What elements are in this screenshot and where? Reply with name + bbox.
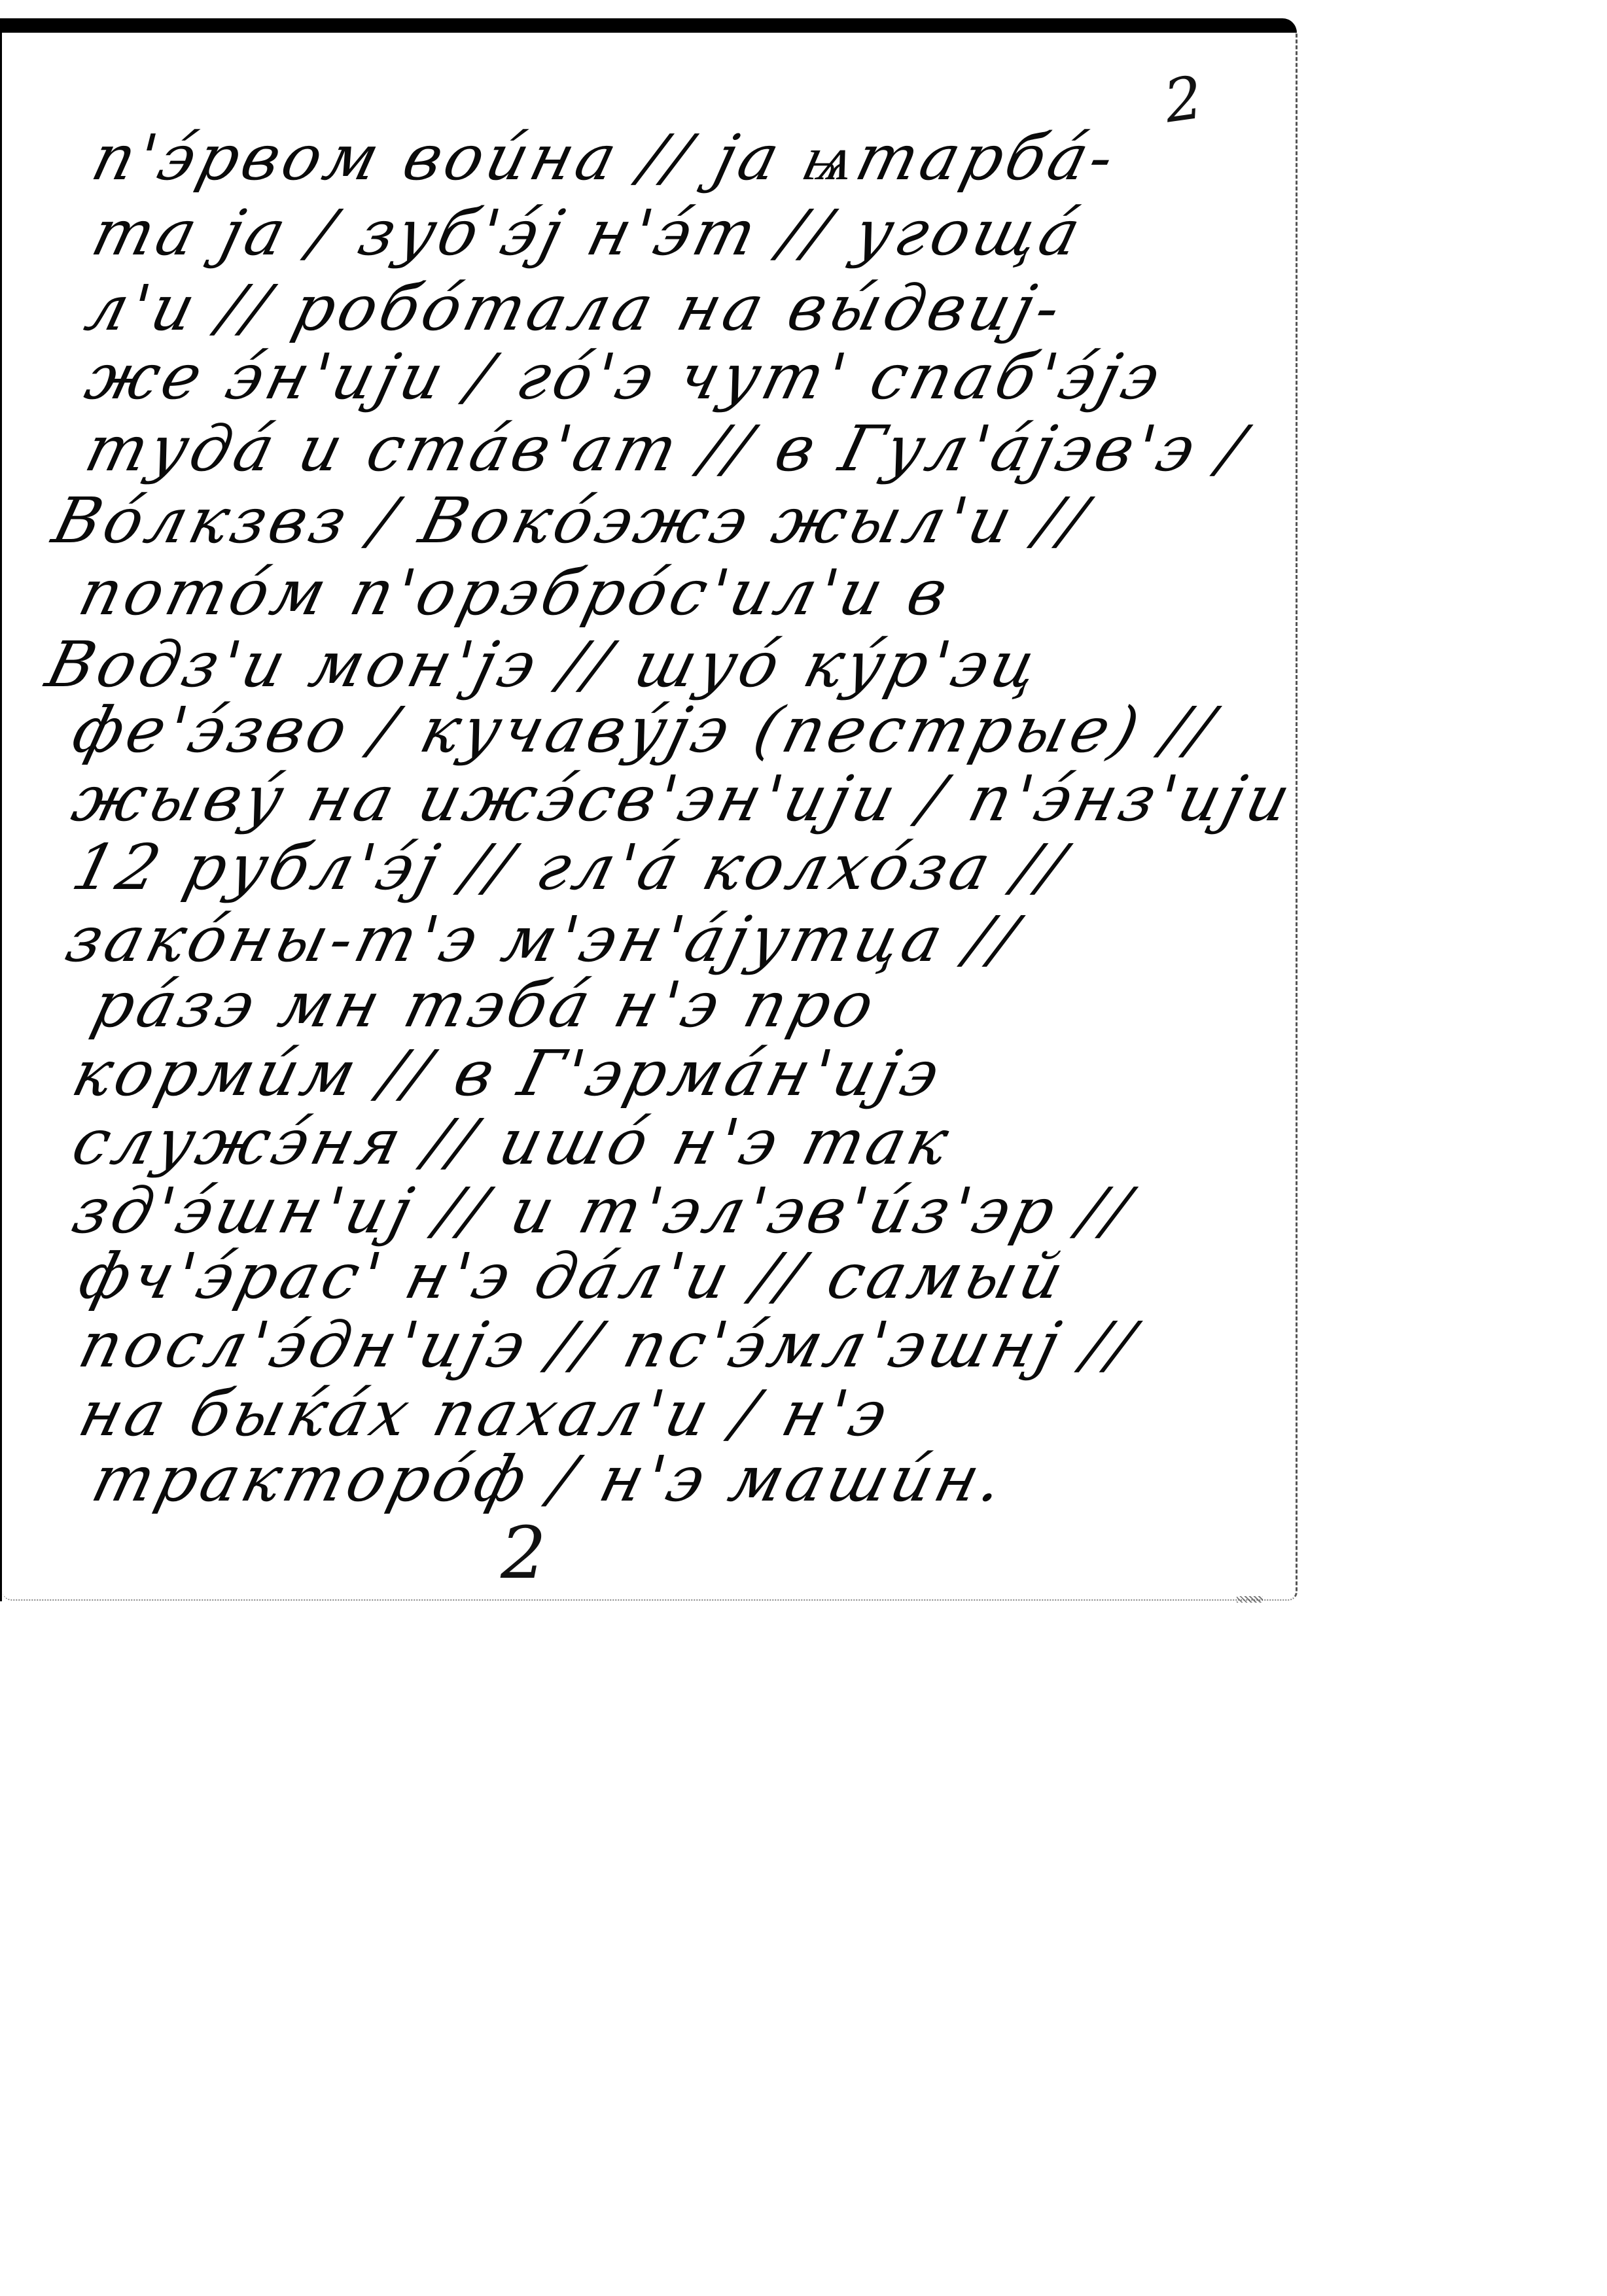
text-line-6: Во́лкзвз / Воко́эжэ жыл'и // — [46, 484, 1097, 557]
page-number: 2 — [501, 1511, 546, 1595]
text-line-11: 12 рубл'э́ј // гл'а́ колхо́за // — [65, 831, 1076, 904]
text-line-9: фе'э́зво / кучаву́јэ (пестрые) // — [65, 693, 1224, 767]
text-line-16: зд'э́шн'иј // и т'эл'эв'и́з'эр // — [65, 1174, 1140, 1247]
text-line-2: та ја / зуб'э́ј н'э́т // угоща́ — [85, 196, 1091, 270]
text-line-5: туда́ и ста́в'ат // в Гул'а́јэв'э / — [79, 412, 1256, 485]
text-line-12: зако́ны-т'э м'эн'а́јутца // — [59, 903, 1028, 976]
text-line-1: п'э́рвом вои́на // ја ѩтарба́- — [85, 121, 1125, 194]
text-line-3: л'и // робо́тала на вы́двиј- — [79, 271, 1072, 345]
text-line-8: Водз'и мон'јэ // шуо́ ку́р'эц — [39, 628, 1049, 701]
scan-artifact — [1237, 1596, 1263, 1603]
text-line-19: на быќа́х пахал'и / н'э — [72, 1377, 898, 1450]
text-line-7: пото́м п'орэбро́с'ил'и в — [72, 556, 959, 629]
text-line-15: служэ́ня // ишо́ н'э так — [65, 1105, 959, 1179]
text-line-17: фч'э́рас' н'э да́л'и // самый — [72, 1240, 1074, 1313]
text-line-13: ра́зэ мн тэба́ н'э про — [85, 968, 885, 1041]
text-line-10: жыву́ на ижэ́св'эн'ији / п'э́нз'ији — [65, 762, 1301, 835]
text-line-18: посл'э́дн'ијэ // пс'э́мл'эшнј // — [72, 1308, 1145, 1382]
scan-top-border — [0, 18, 1297, 33]
text-line-20: тракторо́ф / н'э маши́н. — [85, 1442, 1015, 1516]
text-line-14: корми́м // в Г'эрма́н'ијэ — [65, 1037, 951, 1110]
text-line-4: же э́н'ији / го́'э чут' спаб'э́јэ — [79, 340, 1171, 413]
